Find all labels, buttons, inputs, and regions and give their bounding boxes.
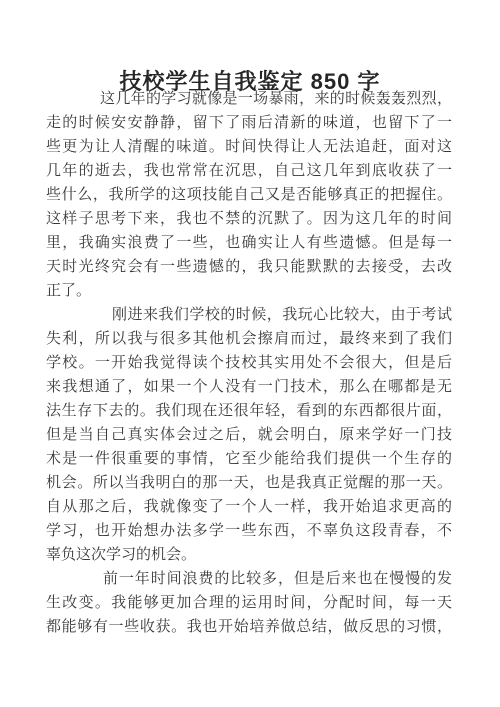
text-line: 学习，也开始想办法多学一些东西，不辜负这段青春，不 [46,519,452,543]
text-line: 这几年的学习就像是一场暴雨，来的时候轰轰烈烈， [46,87,452,111]
text-line: 这样子思考下来，我也不禁的沉默了。因为这几年的时间 [46,207,452,231]
text-line: 刚进来我们学校的时候，我玩心比较大，由于考试 [46,303,452,327]
text-line: 天时光终究会有一些遗憾的，我只能默默的去接受，去改 [46,255,452,279]
text-line: 辜负这次学习的机会。 [46,543,452,567]
text-line: 术是一件很重要的事情，它至少能给我们提供一个生存的 [46,447,452,471]
text-line: 自从那之后，我就像变了一个人一样，我开始追求更高的 [46,495,452,519]
text-line: 前一年时间浪费的比较多，但是后来也在慢慢的发 [46,567,452,591]
paragraph: 刚进来我们学校的时候，我玩心比较大，由于考试失利，所以我与很多其他机会擦肩而过，… [46,303,452,567]
paragraph: 前一年时间浪费的比较多，但是后来也在慢慢的发生改变。我能够更加合理的运用时间，分… [46,567,452,639]
text-line: 机会。所以当我明白的那一天，也是我真正觉醒的那一天。 [46,471,452,495]
text-line: 法生存下去的。我们现在还很年轻，看到的东西都很片面， [46,399,452,423]
text-line: 走的时候安安静静，留下了雨后清新的味道，也留下了一 [46,111,452,135]
text-line: 些什么，我所学的这项技能自己又是否能够真正的把握住。 [46,183,452,207]
text-line: 几年的逝去，我也常常在沉思，自己这几年到底收获了一 [46,159,452,183]
text-line: 正了。 [46,279,452,303]
text-line: 来我想通了，如果一个人没有一门技术，那么在哪都是无 [46,375,452,399]
text-line: 些更为让人清醒的味道。时间快得让人无法追赶，面对这 [46,135,452,159]
text-line: 学校。一开始我觉得读个技校其实用处不会很大，但是后 [46,351,452,375]
text-line: 都能够有一些收获。我也开始培养做总结，做反思的习惯， [46,615,452,639]
paragraph: 这几年的学习就像是一场暴雨，来的时候轰轰烈烈，走的时候安安静静，留下了雨后清新的… [46,87,452,303]
document-page: 技校学生自我鉴定 850 字 这几年的学习就像是一场暴雨，来的时候轰轰烈烈，走的… [0,0,500,707]
document-body: 这几年的学习就像是一场暴雨，来的时候轰轰烈烈，走的时候安安静静，留下了雨后清新的… [46,87,452,639]
text-line: 失利，所以我与很多其他机会擦肩而过，最终来到了我们 [46,327,452,351]
text-line: 里，我确实浪费了一些，也确实让人有些遗憾。但是每一 [46,231,452,255]
text-line: 但是当自己真实体会过之后，就会明白，原来学好一门技 [46,423,452,447]
text-line: 生改变。我能够更加合理的运用时间，分配时间，每一天 [46,591,452,615]
